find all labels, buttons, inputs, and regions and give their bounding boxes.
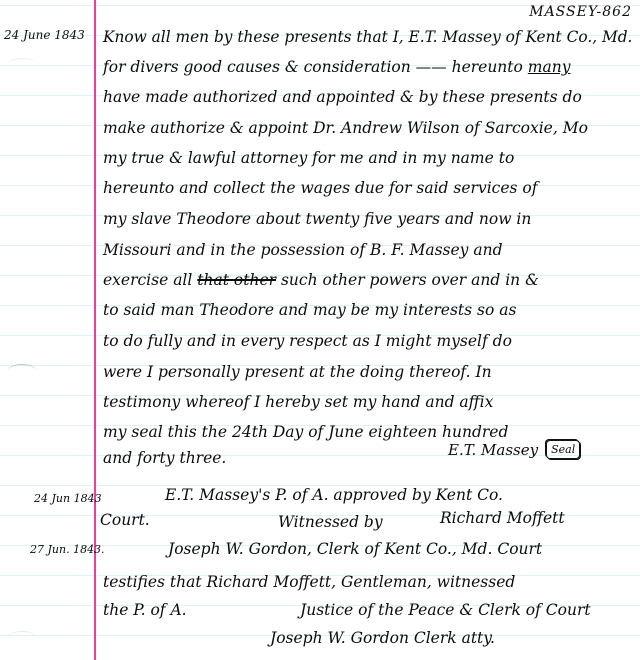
body-line: were I personally present at the doing t…	[103, 362, 492, 382]
body-line-text: exercise all	[103, 271, 192, 289]
certification-title: Justice of the Peace & Clerk of Court	[300, 600, 591, 620]
document-page: MASSEY-862 24 June 1843 Know all men by …	[0, 0, 640, 660]
signature: E.T. Massey	[448, 441, 538, 459]
body-line: make authorize & appoint Dr. Andrew Wils…	[103, 118, 588, 138]
body-line: have made authorized and appointed & by …	[103, 87, 582, 107]
punch-hole-mark	[8, 364, 36, 377]
body-line: testimony whereof I hereby set my hand a…	[103, 392, 493, 412]
body-line: and forty three.	[103, 448, 226, 468]
approval-court: Court.	[100, 510, 150, 530]
seal-mark: Seal	[546, 440, 580, 459]
certification-signature: Joseph W. Gordon Clerk atty.	[270, 628, 495, 648]
body-line: Know all men by these presents that I, E…	[103, 27, 632, 47]
body-line: Missouri and in the possession of B. F. …	[103, 240, 503, 260]
approval-line: E.T. Massey's P. of A. approved by Kent …	[165, 485, 503, 505]
body-line: to do fully and in every respect as I mi…	[103, 331, 512, 351]
margin-rule	[94, 0, 96, 660]
body-line-text: such other powers over and in &	[281, 271, 539, 289]
certification-line: testifies that Richard Moffett, Gentlema…	[103, 572, 515, 592]
margin-date: 27 Jun. 1843.	[30, 543, 105, 557]
body-line-text: for divers good causes & consideration —…	[103, 58, 523, 76]
certification-line: the P. of A.	[103, 600, 187, 620]
body-line: my seal this the 24th Day of June eighte…	[103, 422, 508, 442]
signature-block: E.T. Massey Seal	[448, 440, 580, 459]
body-line: for divers good causes & consideration —…	[103, 57, 570, 77]
body-line: to said man Theodore and may be my inter…	[103, 300, 516, 320]
body-line: my slave Theodore about twenty five year…	[103, 209, 531, 229]
body-line: hereunto and collect the wages due for s…	[103, 178, 537, 198]
document-reference: MASSEY-862	[529, 4, 632, 20]
body-line: my true & lawful attorney for me and in …	[103, 148, 514, 168]
margin-date: 24 June 1843	[4, 28, 85, 42]
underlined-word: many	[528, 58, 571, 76]
punch-hole-mark	[8, 58, 36, 71]
struck-word: that other	[197, 271, 276, 289]
punch-hole-mark	[8, 631, 36, 644]
approval-witness-name: Richard Moffett	[440, 508, 565, 528]
body-line: exercise all that other such other power…	[103, 270, 539, 290]
certification-line: Joseph W. Gordon, Clerk of Kent Co., Md.…	[168, 539, 542, 559]
approval-witnessed: Witnessed by	[278, 512, 383, 532]
margin-date: 24 Jun 1843	[34, 492, 102, 506]
